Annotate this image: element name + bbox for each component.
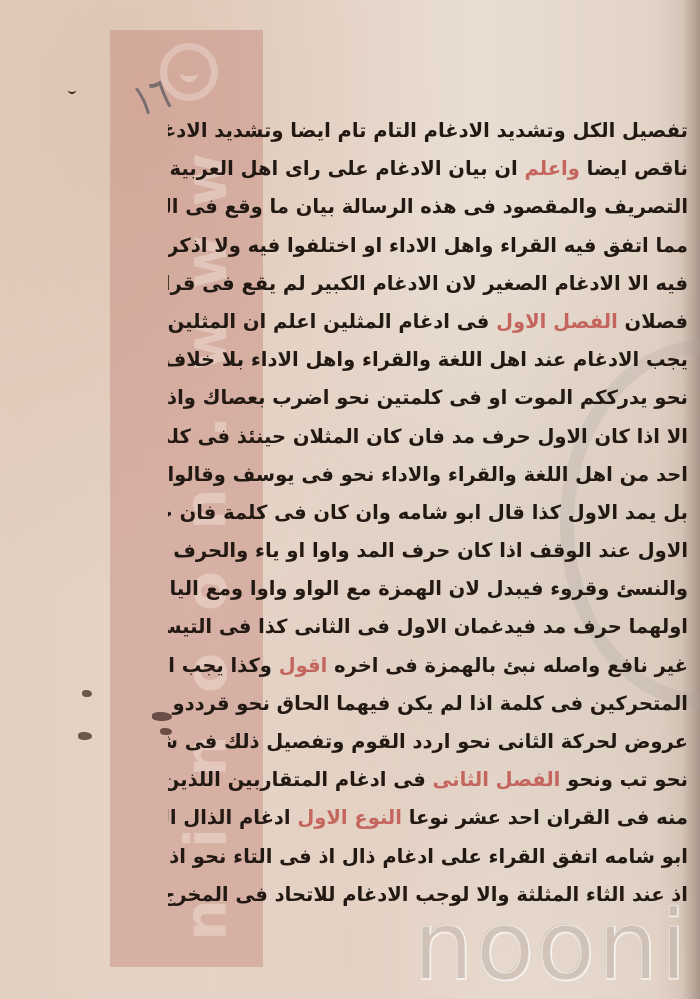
text-line: الاول عند الوقف اذا كان حرف المد واوا او… — [168, 532, 688, 570]
text-line: بل يمد الاول كذا قال ابو شامه وان كان فى… — [168, 494, 688, 532]
text-segment: المتحركين فى كلمة اذا لم يكن فيهما الحاق… — [168, 692, 688, 715]
rubric-heading: الفصل الاول — [496, 310, 618, 333]
ink-stain — [78, 732, 92, 740]
embossed-watermark: nooni — [413, 898, 689, 994]
text-segment: فى ادغام المثلين اعلم ان المثلين اذا سكن… — [168, 310, 496, 333]
text-line: نحو يدرككم الموت او فى كلمتين نحو اضرب ب… — [168, 379, 688, 417]
text-line: نحو تب ونحو الفصل الثانى فى ادغام المتقا… — [168, 761, 688, 799]
text-line: فيه الا الادغام الصغير لان الادغام الكبي… — [168, 265, 688, 303]
text-segment: تفصيل الكل وتشديد الادغام التام تام ايضا… — [168, 119, 688, 142]
rubric-heading: الفصل الثانى — [433, 768, 561, 791]
text-segment: مما اتفق فيه القراء واهل الاداء او اختلف… — [168, 234, 688, 257]
rubric-heading: واعلم — [524, 157, 579, 180]
text-segment: والنسئ وقروء فيبدل لان الهمزة مع الواو و… — [168, 577, 688, 600]
manuscript-text: تفصيل الكل وتشديد الادغام التام تام ايضا… — [168, 112, 688, 914]
text-segment: ناقص ايضا — [580, 157, 688, 180]
text-line: والنسئ وقروء فيبدل لان الهمزة مع الواو و… — [168, 570, 688, 608]
text-segment: ابو شامه اتفق القراء على ادغام ذال اذ فى… — [168, 845, 688, 868]
margin-mark — [68, 86, 76, 94]
text-segment: فيه الا الادغام الصغير لان الادغام الكبي… — [168, 272, 688, 295]
text-segment: اولهما حرف مد فيدغمان الاول فى الثانى كذ… — [168, 615, 688, 638]
text-segment: التصريف والمقصود فى هذه الرسالة بيان ما … — [168, 195, 688, 218]
text-line: عروض لحركة الثانى نحو اردد القوم وتفصيل … — [168, 723, 688, 761]
text-segment: غير نافع واصله نبئ بالهمزة فى اخره — [327, 654, 688, 677]
text-line: احد من اهل اللغة والقراء والاداء نحو فى … — [168, 456, 688, 494]
text-line: مما اتفق فيه القراء واهل الاداء او اختلف… — [168, 227, 688, 265]
text-segment: عروض لحركة الثانى نحو اردد القوم وتفصيل … — [168, 730, 688, 753]
text-line: منه فى القران احد عشر نوعا النوع الاول ا… — [168, 799, 688, 837]
text-segment: بل يمد الاول كذا قال ابو شامه وان كان فى… — [168, 501, 688, 524]
text-line: الا اذا كان الاول حرف مد فان كان المثلان… — [168, 418, 688, 456]
text-segment: منه فى القران احد عشر نوعا — [402, 806, 688, 829]
text-segment: الاول عند الوقف اذا كان حرف المد واوا او… — [168, 539, 688, 562]
rubric-heading: النوع الاول — [297, 806, 402, 829]
manuscript-page: www.noonin ١٦ تفصيل الكل وتشديد الادغام … — [0, 0, 700, 999]
text-segment: ادغام الذال المعجمة فى مقاربها قال — [168, 806, 297, 829]
text-segment: احد من اهل اللغة والقراء والاداء نحو فى … — [168, 463, 688, 486]
text-segment: فصلان — [618, 310, 688, 333]
text-line: غير نافع واصله نبئ بالهمزة فى اخره اقول … — [168, 647, 688, 685]
text-line: اولهما حرف مد فيدغمان الاول فى الثانى كذ… — [168, 608, 688, 646]
text-segment: نحو يدرككم الموت او فى كلمتين نحو اضرب ب… — [168, 386, 688, 409]
text-line: فصلان الفصل الاول فى ادغام المثلين اعلم … — [168, 303, 688, 341]
text-segment: فى ادغام المتقاربين اللذين سكن اولهما وا… — [168, 768, 433, 791]
text-line: تفصيل الكل وتشديد الادغام التام تام ايضا… — [168, 112, 688, 150]
text-line: ناقص ايضا واعلم ان بيان الادغام على راى … — [168, 150, 688, 188]
rubric-heading: اقول — [279, 654, 328, 677]
text-line: يجب الادغام عند اهل اللغة والقراء واهل ا… — [168, 341, 688, 379]
text-line: التصريف والمقصود فى هذه الرسالة بيان ما … — [168, 188, 688, 226]
text-line: المتحركين فى كلمة اذا لم يكن فيهما الحاق… — [168, 685, 688, 723]
ink-stain — [82, 690, 92, 697]
text-line: ابو شامه اتفق القراء على ادغام ذال اذ فى… — [168, 838, 688, 876]
text-segment: يجب الادغام عند اهل اللغة والقراء واهل ا… — [168, 348, 688, 371]
text-segment: وكذا يجب الادغام فى المثلين — [168, 654, 279, 677]
text-segment: نحو تب ونحو — [560, 768, 688, 791]
text-segment: ان بيان الادغام على راى اهل العربية مستو… — [168, 157, 524, 180]
text-segment: الا اذا كان الاول حرف مد فان كان المثلان… — [168, 425, 688, 448]
